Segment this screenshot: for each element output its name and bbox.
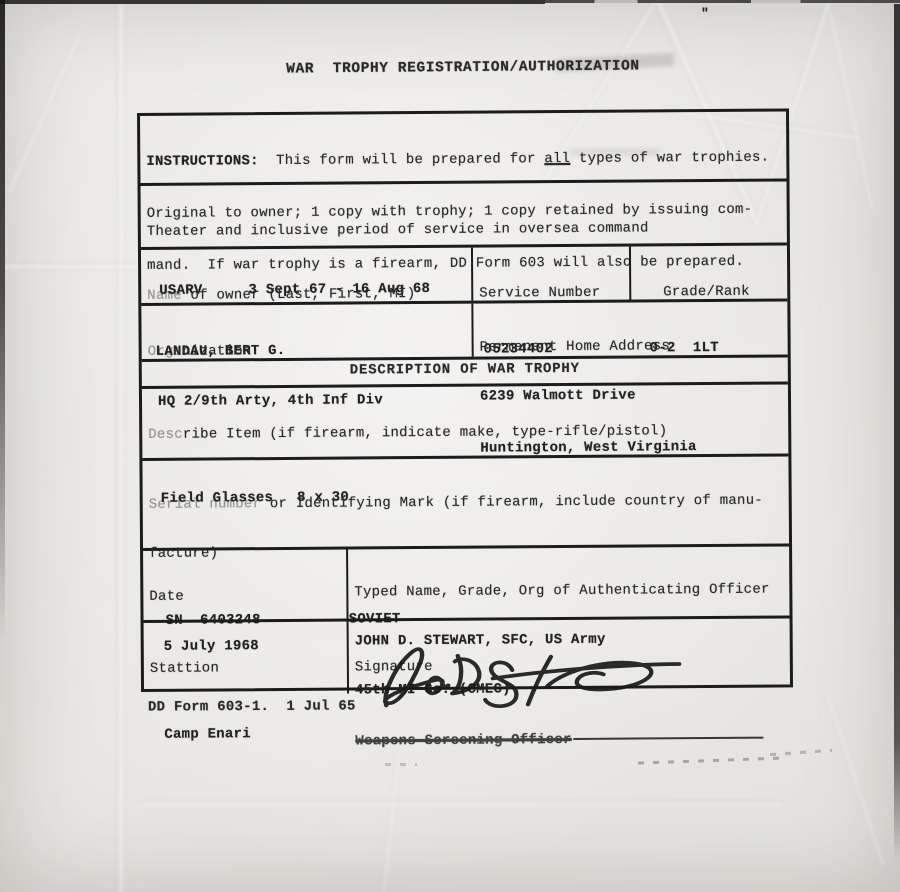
scan-edge-right xyxy=(894,4,900,860)
organization-row: Organization HQ 2/9th Arty, 4th Inf Div … xyxy=(141,301,787,362)
service-number-label: Service Number xyxy=(479,283,623,304)
address-label: Permanent Home Address xyxy=(480,337,788,356)
grade-cell: Grade/Rank 0-2 1LT xyxy=(629,245,793,299)
grade-label: Grade/Rank xyxy=(637,281,787,302)
owner-cell: Name of owner (Last, First, MI) LANDAU, … xyxy=(141,248,471,303)
theater-row: Theater and inclusive period of service … xyxy=(141,181,787,250)
officer-cell: Typed Name, Grade, Org of Authenticating… xyxy=(346,546,795,618)
strike-extension-line xyxy=(574,737,764,740)
scanned-document: " WAR TROPHY REGISTRATION/AUTHORIZATION … xyxy=(0,0,900,892)
instructions-label: INSTRUCTIONS: xyxy=(146,153,259,170)
officer-struck-title: Weapons Screening Officer xyxy=(355,732,571,750)
station-value: Camp Enari xyxy=(150,726,341,743)
officer-struck-title-line: Weapons Screening Officer xyxy=(355,730,790,750)
station-cell: Stattion Camp Enari xyxy=(144,622,347,695)
address-cell: Permanent Home Address 6239 Walmott Driv… xyxy=(471,301,793,356)
instructions-row: INSTRUCTIONS: This form will be prepared… xyxy=(140,111,786,186)
serial-row: Serial number or Identifying Mark (if fi… xyxy=(142,456,789,551)
signature-cell: Signature xyxy=(347,618,796,693)
scan-edge-left xyxy=(0,0,5,640)
date-officer-row: Date 5 July 1968 Typed Name, Grade, Org … xyxy=(143,546,789,623)
describe-item-label: Describe Item (if firearm, indicate make… xyxy=(148,421,782,445)
describe-item-row: Describe Item (if firearm, indicate make… xyxy=(142,384,788,461)
crease-bottom-right xyxy=(824,693,886,866)
officer-label: Typed Name, Grade, Org of Authenticating… xyxy=(354,581,789,601)
scan-edge-top xyxy=(0,0,545,4)
serial-label-line1: Serial number or Identifying Mark (if fi… xyxy=(149,493,783,514)
organization-cell: Organization HQ 2/9th Arty, 4th Inf Div xyxy=(141,304,471,359)
form-number: DD Form 603-1. 1 Jul 65 xyxy=(148,698,356,715)
stray-ditto-mark: " xyxy=(701,6,709,21)
description-header: DESCRIPTION OF WAR TROPHY xyxy=(142,357,788,386)
date-cell: Date 5 July 1968 xyxy=(143,550,346,620)
instructions-line1: INSTRUCTIONS: This form will be prepared… xyxy=(146,148,780,172)
theater-label: Theater and inclusive period of service … xyxy=(147,218,781,242)
owner-row: Name of owner (Last, First, MI) LANDAU, … xyxy=(141,245,787,306)
signature-handwriting xyxy=(357,631,688,715)
date-label: Date xyxy=(149,586,340,607)
crease-top-left xyxy=(6,36,82,194)
crease-vertical-left xyxy=(116,0,126,892)
scan-edge-top-right xyxy=(545,0,900,3)
war-trophy-form-table: INSTRUCTIONS: This form will be prepared… xyxy=(137,108,793,692)
station-label: Stattion xyxy=(150,658,341,679)
crease-bottom-wide xyxy=(140,800,780,810)
service-number-cell: Service Number 05234402 xyxy=(471,247,629,301)
organization-label: Organization xyxy=(148,340,466,362)
crease-horizontal-left xyxy=(0,262,140,271)
crease-top-right-4 xyxy=(827,12,874,209)
station-signature-row: Stattion Camp Enari Signature xyxy=(144,618,790,695)
owner-label: Name of owner (Last, First, MI) xyxy=(147,284,465,306)
form-title: WAR TROPHY REGISTRATION/AUTHORIZATION xyxy=(137,57,789,79)
underlined-word-all: all xyxy=(544,151,570,167)
